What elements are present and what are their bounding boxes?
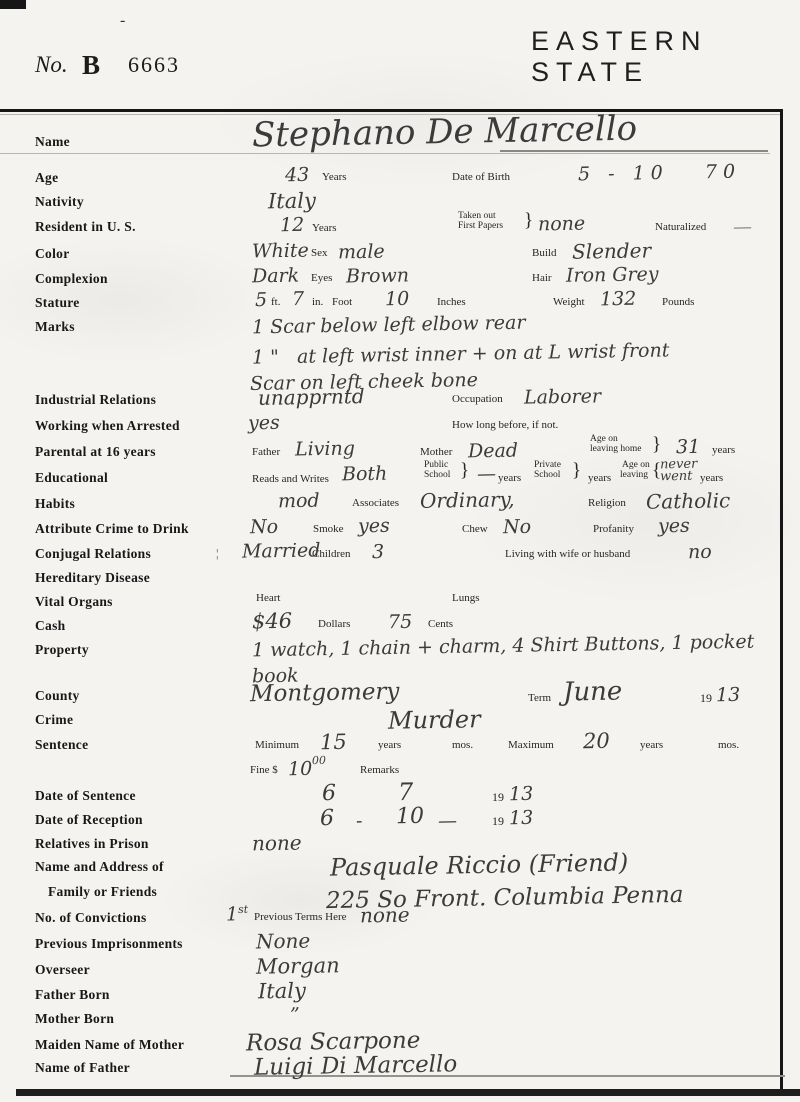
field-value-profanity: yes [658, 515, 690, 538]
convictions-number: 1 [226, 903, 238, 925]
field-value-first-papers: none [538, 213, 586, 236]
label-living-with-spouse: Living with wife or husband [505, 548, 630, 560]
field-value-weight: 132 [600, 288, 637, 311]
label-foot: Foot [332, 296, 352, 308]
field-label-attribute-crime-to-drink: Attribute Crime to Drink [35, 521, 189, 537]
label-age-on: Age on [590, 434, 618, 444]
top-rule [0, 109, 783, 112]
field-value-complexion: Dark [252, 265, 300, 288]
field-value-foot-size: 10 [385, 288, 410, 310]
field-value-mother-born-ditto: ” [290, 1004, 300, 1026]
field-value-children: 3 [372, 541, 384, 563]
label-years: Years [322, 171, 347, 183]
label-leaving: leaving [620, 470, 648, 480]
name-writing-line [0, 153, 770, 154]
field-label-mother-born: Mother Born [35, 1011, 114, 1027]
label-year-prefix: 19 [492, 814, 504, 829]
field-label-habits: Habits [35, 496, 75, 512]
field-value-relatives-in-prison: none [252, 831, 302, 856]
brace-private-school: } [572, 460, 581, 482]
field-value-sentence-day: 7 [398, 778, 414, 806]
dash-mark: - [356, 810, 363, 832]
label-children: Children [312, 548, 351, 560]
label-years: years [700, 472, 723, 484]
field-value-feet: 5 [255, 289, 267, 311]
label-reads-and-writes: Reads and Writes [252, 473, 329, 485]
stray-ink-mark: ¦ [216, 546, 218, 561]
label-mos: mos. [718, 739, 739, 751]
field-label-overseer: Overseer [35, 962, 90, 978]
label-public-school: School [424, 470, 450, 480]
field-value-term-year: 13 [716, 684, 741, 706]
label-father: Father [252, 446, 280, 458]
field-value-age-leaving-home: 31 [676, 436, 701, 458]
field-label-stature: Stature [35, 295, 80, 311]
field-label-hereditary-disease: Hereditary Disease [35, 570, 150, 586]
field-label-conjugal-relations: Conjugal Relations [35, 546, 151, 562]
field-value-age-leaving-2: went [660, 469, 693, 485]
label-remarks: Remarks [360, 764, 399, 776]
label-sex: Sex [311, 247, 328, 259]
field-value-cash-cents: 75 [388, 611, 413, 633]
label-fine: Fine $ [250, 764, 278, 776]
field-label-cash: Cash [35, 618, 65, 634]
label-cents: Cents [428, 618, 453, 630]
field-value-hair: Iron Grey [566, 263, 659, 287]
label-hair: Hair [532, 272, 552, 284]
field-value-occupation: Laborer [524, 385, 601, 408]
field-value-eyes: Brown [346, 264, 409, 287]
label-private-school: School [534, 470, 560, 480]
field-label-parental: Parental at 16 years [35, 444, 156, 460]
label-weight: Weight [553, 296, 585, 308]
label-heart: Heart [256, 592, 280, 604]
label-occupation: Occupation [452, 393, 503, 405]
field-value-county: Montgomery [250, 679, 400, 708]
field-label-father-born: Father Born [35, 987, 110, 1003]
field-label-age: Age [35, 170, 58, 186]
field-value-sentence-month: 6 [322, 781, 336, 806]
label-first-papers: First Papers [458, 221, 503, 231]
label-year-prefix: 19 [492, 790, 504, 805]
label-years: years [378, 739, 401, 751]
field-value-fine: 10 [288, 758, 313, 780]
field-value-chew: No [503, 516, 531, 538]
field-value-crime: Murder [388, 705, 481, 735]
field-label-industrial-relations: Industrial Relations [35, 392, 156, 408]
inmate-number: 6663 [128, 52, 180, 78]
field-value-build: Slender [572, 238, 651, 263]
field-value-conjugal: Married [242, 539, 321, 562]
field-label-family-1: Name and Address of [35, 859, 164, 875]
field-label-sentence: Sentence [35, 737, 88, 753]
field-value-working-when-arrested: yes [248, 412, 280, 435]
number-label: No. [35, 52, 68, 78]
label-private: Private [534, 460, 561, 470]
right-edge-rule [780, 109, 783, 1090]
field-value-habits: mod [278, 490, 320, 513]
field-value-previous-terms: none [360, 903, 410, 928]
field-label-educational: Educational [35, 470, 108, 486]
label-age-on: Age on [622, 460, 650, 470]
label-inches: Inches [437, 296, 466, 308]
field-value-family-name: Pasquale Riccio (Friend) [330, 848, 629, 881]
label-years: years [640, 739, 663, 751]
field-value-term: June [563, 676, 623, 707]
field-value-living-with-spouse: no [688, 541, 712, 563]
bottom-scan-bar [16, 1089, 800, 1096]
field-label-crime: Crime [35, 712, 73, 728]
field-value-religion: Catholic [646, 488, 731, 513]
field-value-cash-dollars: $46 [252, 609, 293, 634]
label-smoke: Smoke [313, 523, 344, 535]
field-value-fine-cents: 00 [312, 754, 326, 767]
label-dollars: Dollars [318, 618, 350, 630]
label-profanity: Profanity [593, 523, 634, 535]
field-value-reads-writes: Both [342, 463, 388, 486]
field-value-overseer: Morgan [256, 953, 340, 978]
field-label-relatives-in-prison: Relatives in Prison [35, 836, 149, 852]
convictions-ordinal: st [238, 903, 248, 916]
field-label-resident: Resident in U. S. [35, 219, 136, 235]
field-value-name-of-father: Luigi Di Marcello [254, 1051, 458, 1081]
field-label-date-of-reception: Date of Reception [35, 812, 143, 828]
brace-first-papers: } [524, 210, 533, 232]
label-religion: Religion [588, 497, 626, 509]
label-ft: ft. [271, 296, 280, 308]
field-value-dob: 5 - 10 70 [578, 161, 741, 186]
label-public: Public [424, 460, 448, 470]
corner-scan-artifact [0, 0, 26, 9]
field-value-reception-month: 6 [320, 806, 334, 831]
field-value-father-born: Italy [258, 979, 306, 1004]
label-term: Term [528, 692, 551, 704]
label-naturalized: Naturalized [655, 221, 706, 233]
label-build: Build [532, 247, 556, 259]
field-label-vital-organs: Vital Organs [35, 594, 113, 610]
field-value-reception-day: 10 [396, 804, 424, 829]
field-value-color: White [252, 240, 309, 263]
field-label-complexion: Complexion [35, 271, 108, 287]
field-label-previous-imprisonments: Previous Imprisonments [35, 936, 183, 952]
field-value-sentence-year: 13 [509, 783, 534, 805]
field-value-crime-to-drink: No [250, 516, 278, 538]
field-value-marks-1: 1 Scar below left elbow rear [252, 312, 526, 339]
label-mother: Mother [420, 446, 452, 458]
field-label-marks: Marks [35, 319, 75, 335]
dash-mark: — [438, 810, 457, 832]
prison-intake-record-page: - EASTERN STATE No. B 6663 Name Stephano… [0, 0, 800, 1102]
label-mos: mos. [452, 739, 473, 751]
series-letter: B [82, 50, 100, 81]
field-label-property: Property [35, 642, 89, 658]
label-chew: Chew [462, 523, 488, 535]
field-value-inches: 7 [292, 288, 304, 310]
field-label-county: County [35, 688, 80, 704]
label-taken-out: Taken out [458, 211, 496, 221]
label-years: years [712, 444, 735, 456]
label-previous-terms-here: Previous Terms Here [254, 911, 347, 923]
field-label-working-when-arrested: Working when Arrested [35, 418, 180, 434]
field-value-property-1: 1 watch, 1 chain + charm, 4 Shirt Button… [252, 631, 755, 662]
field-value-smoke: yes [358, 515, 390, 538]
field-label-name: Name [35, 134, 70, 150]
label-lungs: Lungs [452, 592, 480, 604]
label-pounds: Pounds [662, 296, 694, 308]
label-years: Years [312, 222, 337, 234]
label-minimum: Minimum [255, 739, 299, 751]
field-label-nativity: Nativity [35, 194, 84, 210]
label-maximum: Maximum [508, 739, 554, 751]
field-value-mother-living: Dead [468, 440, 518, 463]
field-value-maximum: 20 [583, 729, 610, 753]
field-label-date-of-sentence: Date of Sentence [35, 788, 136, 804]
field-value-naturalized: — [733, 216, 752, 238]
field-label-maiden-name: Maiden Name of Mother [35, 1037, 184, 1053]
brace-leaving-home: } [652, 434, 661, 456]
label-in: in. [312, 296, 323, 308]
field-value-age: 43 [285, 164, 310, 186]
label-eyes: Eyes [311, 272, 332, 284]
field-value-convictions: 1st [226, 903, 249, 926]
label-year-prefix: 19 [700, 691, 712, 706]
document-title-partial: EASTERN STATE [531, 26, 800, 88]
field-value-name: Stephano De Marcello [252, 109, 638, 156]
field-label-name-of-father: Name of Father [35, 1060, 130, 1076]
field-value-resident-years: 12 [280, 214, 305, 236]
field-value-public-school-years: — [477, 463, 496, 485]
label-years: years [588, 472, 611, 484]
field-value-reception-year: 13 [509, 807, 534, 829]
field-value-previous-imprisonments: None [256, 929, 311, 954]
field-value-industrial-relations: unapprntd [258, 384, 365, 410]
field-value-sex: male [338, 241, 385, 264]
field-value-minimum: 15 [320, 730, 347, 754]
field-value-associates: Ordinary, [420, 487, 515, 513]
field-value-marks-2: 1 " at left wrist inner + on at L wrist … [252, 339, 670, 368]
field-label-family-2: Family or Friends [48, 884, 157, 900]
field-label-no-of-convictions: No. of Convictions [35, 910, 147, 926]
stray-pen-mark: - [120, 12, 125, 30]
brace-public-school: } [460, 460, 469, 482]
label-leaving-home: leaving home [590, 444, 641, 454]
field-value-father-living: Living [295, 437, 355, 460]
label-date-of-birth: Date of Birth [452, 171, 510, 183]
label-associates: Associates [352, 497, 399, 509]
field-label-color: Color [35, 246, 70, 262]
label-years: years [498, 472, 521, 484]
field-value-nativity: Italy [268, 189, 316, 214]
label-how-long-before: How long before, if not. [452, 419, 558, 431]
